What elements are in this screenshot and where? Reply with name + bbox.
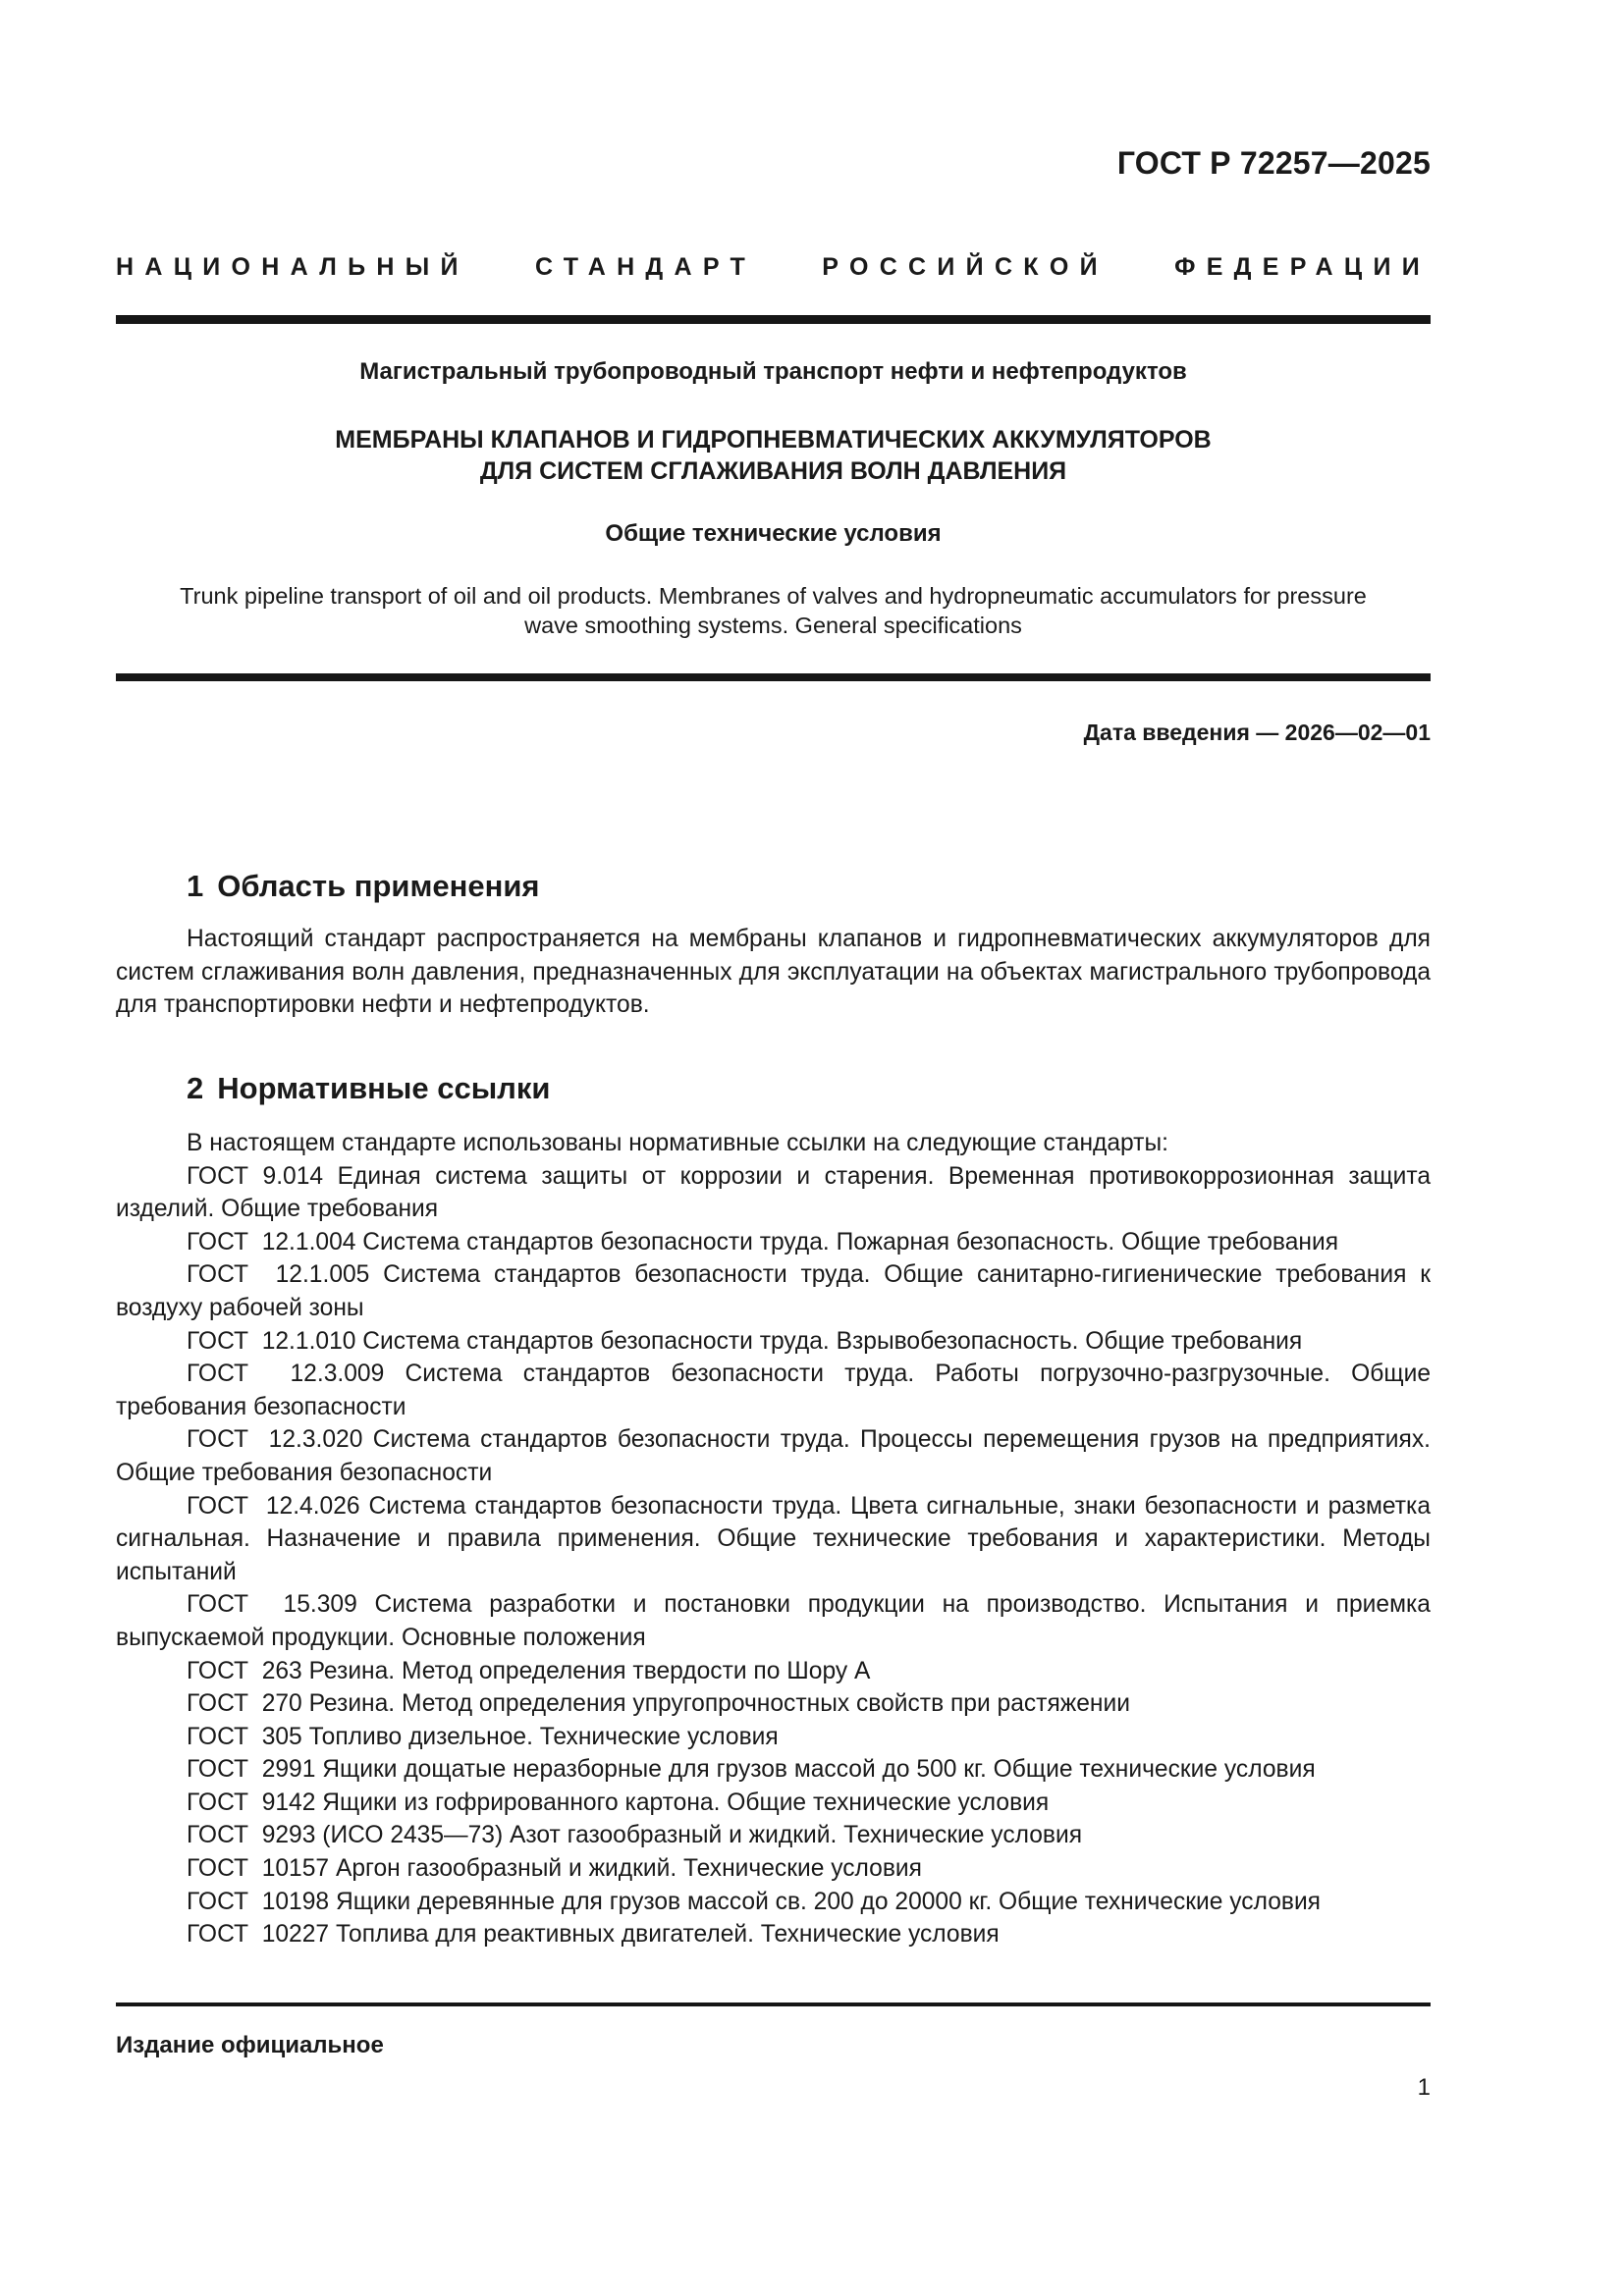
reference-title: Резина. Метод определения твердости по Ш… bbox=[309, 1658, 871, 1684]
reference-item: ГОСТ 9.014 Единая система защиты от корр… bbox=[116, 1160, 1431, 1226]
section-number: 2 bbox=[187, 1071, 203, 1105]
reference-item: ГОСТ 12.3.020 Система стандартов безопас… bbox=[116, 1423, 1431, 1489]
reference-item: ГОСТ 15.309 Система разработки и постано… bbox=[116, 1588, 1431, 1654]
reference-code: ГОСТ 305 bbox=[187, 1724, 302, 1750]
document-title-line-1: МЕМБРАНЫ КЛАПАНОВ И ГИДРОПНЕВМАТИЧЕСКИХ … bbox=[116, 424, 1431, 455]
english-title: Trunk pipeline transport of oil and oil … bbox=[116, 581, 1431, 640]
introduction-date: Дата введения — 2026—02—01 bbox=[1084, 720, 1431, 746]
english-title-line-1: Trunk pipeline transport of oil and oil … bbox=[116, 581, 1431, 611]
section-body-normative-references: В настоящем стандарте использованы норма… bbox=[116, 1127, 1431, 1951]
reference-item: ГОСТ 12.1.004 Система стандартов безопас… bbox=[116, 1226, 1431, 1259]
reference-code: ГОСТ 9142 bbox=[187, 1789, 315, 1816]
reference-code: ГОСТ 10157 bbox=[187, 1855, 329, 1882]
reference-code: ГОСТ 12.3.009 bbox=[187, 1361, 384, 1387]
references-intro: В настоящем стандарте использованы норма… bbox=[116, 1127, 1431, 1160]
national-standard-banner: НАЦИОНАЛЬНЫЙ СТАНДАРТ РОССИЙСКОЙ ФЕДЕРАЦ… bbox=[116, 253, 1431, 282]
document-subtitle: Общие технические условия bbox=[116, 520, 1431, 548]
section-number: 1 bbox=[187, 869, 203, 903]
document-page: ГОСТ Р 72257—2025 НАЦИОНАЛЬНЫЙ СТАНДАРТ … bbox=[116, 0, 1431, 2296]
reference-item: ГОСТ 10157 Аргон газообразный и жидкий. … bbox=[116, 1852, 1431, 1886]
section-heading-normative-references: 2Нормативные ссылки bbox=[187, 1071, 550, 1106]
section-title: Область применения bbox=[217, 869, 539, 903]
reference-item: ГОСТ 12.1.010 Система стандартов безопас… bbox=[116, 1325, 1431, 1359]
title-rule bbox=[116, 673, 1431, 681]
reference-code: ГОСТ 12.4.026 bbox=[187, 1493, 360, 1520]
reference-item: ГОСТ 9293 (ИСО 2435—73) Азот газообразны… bbox=[116, 1819, 1431, 1852]
section-heading-scope: 1Область применения bbox=[187, 869, 540, 904]
reference-title: Топливо дизельное. Технические условия bbox=[309, 1724, 779, 1750]
reference-code: ГОСТ 10227 bbox=[187, 1921, 329, 1948]
reference-title: Система стандартов безопасности труда. В… bbox=[362, 1328, 1302, 1355]
document-title-line-2: ДЛЯ СИСТЕМ СГЛАЖИВАНИЯ ВОЛН ДАВЛЕНИЯ bbox=[116, 455, 1431, 487]
reference-item: ГОСТ 10227 Топлива для реактивных двигат… bbox=[116, 1918, 1431, 1951]
english-title-line-2: wave smoothing systems. General specific… bbox=[116, 611, 1431, 640]
document-number: ГОСТ Р 72257—2025 bbox=[1117, 145, 1431, 182]
reference-list: ГОСТ 9.014 Единая система защиты от корр… bbox=[116, 1160, 1431, 1951]
reference-code: ГОСТ 12.1.004 bbox=[187, 1229, 355, 1255]
reference-title: Система стандартов безопасности труда. П… bbox=[362, 1229, 1338, 1255]
document-subject: Магистральный трубопроводный транспорт н… bbox=[116, 358, 1431, 386]
reference-title: Ящики деревянные для грузов массой св. 2… bbox=[336, 1889, 1321, 1915]
reference-item: ГОСТ 10198 Ящики деревянные для грузов м… bbox=[116, 1886, 1431, 1919]
reference-title: Ящики дощатые неразборные для грузов мас… bbox=[322, 1756, 1315, 1783]
reference-item: ГОСТ 2991 Ящики дощатые неразборные для … bbox=[116, 1753, 1431, 1787]
reference-item: ГОСТ 263 Резина. Метод определения тверд… bbox=[116, 1655, 1431, 1688]
reference-item: ГОСТ 12.4.026 Система стандартов безопас… bbox=[116, 1490, 1431, 1589]
document-title: МЕМБРАНЫ КЛАПАНОВ И ГИДРОПНЕВМАТИЧЕСКИХ … bbox=[116, 424, 1431, 487]
section-body-scope: Настоящий стандарт распространяется на м… bbox=[116, 923, 1431, 1022]
reference-item: ГОСТ 9142 Ящики из гофрированного картон… bbox=[116, 1787, 1431, 1820]
reference-code: ГОСТ 12.3.020 bbox=[187, 1426, 362, 1453]
page-number: 1 bbox=[1418, 2074, 1431, 2102]
reference-code: ГОСТ 15.309 bbox=[187, 1591, 357, 1618]
reference-code: ГОСТ 2991 bbox=[187, 1756, 315, 1783]
footer-rule bbox=[116, 2002, 1431, 2006]
reference-title: Топлива для реактивных двигателей. Техни… bbox=[336, 1921, 1000, 1948]
reference-code: ГОСТ 10198 bbox=[187, 1889, 329, 1915]
paragraph: Настоящий стандарт распространяется на м… bbox=[116, 923, 1431, 1022]
header-rule bbox=[116, 315, 1431, 324]
reference-code: ГОСТ 12.1.005 bbox=[187, 1261, 369, 1288]
reference-item: ГОСТ 12.1.005 Система стандартов безопас… bbox=[116, 1258, 1431, 1324]
reference-code: ГОСТ 9293 bbox=[187, 1822, 315, 1848]
reference-code: ГОСТ 9.014 bbox=[187, 1163, 323, 1190]
reference-code: ГОСТ 270 bbox=[187, 1690, 302, 1717]
reference-item: ГОСТ 270 Резина. Метод определения упруг… bbox=[116, 1687, 1431, 1721]
official-edition-label: Издание официальное bbox=[116, 2032, 384, 2059]
reference-code: ГОСТ 263 bbox=[187, 1658, 302, 1684]
reference-item: ГОСТ 305 Топливо дизельное. Технические … bbox=[116, 1721, 1431, 1754]
reference-title: Ящики из гофрированного картона. Общие т… bbox=[322, 1789, 1049, 1816]
reference-code: ГОСТ 12.1.010 bbox=[187, 1328, 355, 1355]
reference-item: ГОСТ 12.3.009 Система стандартов безопас… bbox=[116, 1358, 1431, 1423]
reference-title: Резина. Метод определения упругопрочност… bbox=[309, 1690, 1130, 1717]
reference-title: (ИСО 2435—73) Азот газообразный и жидкий… bbox=[322, 1822, 1082, 1848]
reference-title: Аргон газообразный и жидкий. Технические… bbox=[336, 1855, 922, 1882]
section-title: Нормативные ссылки bbox=[217, 1071, 550, 1105]
